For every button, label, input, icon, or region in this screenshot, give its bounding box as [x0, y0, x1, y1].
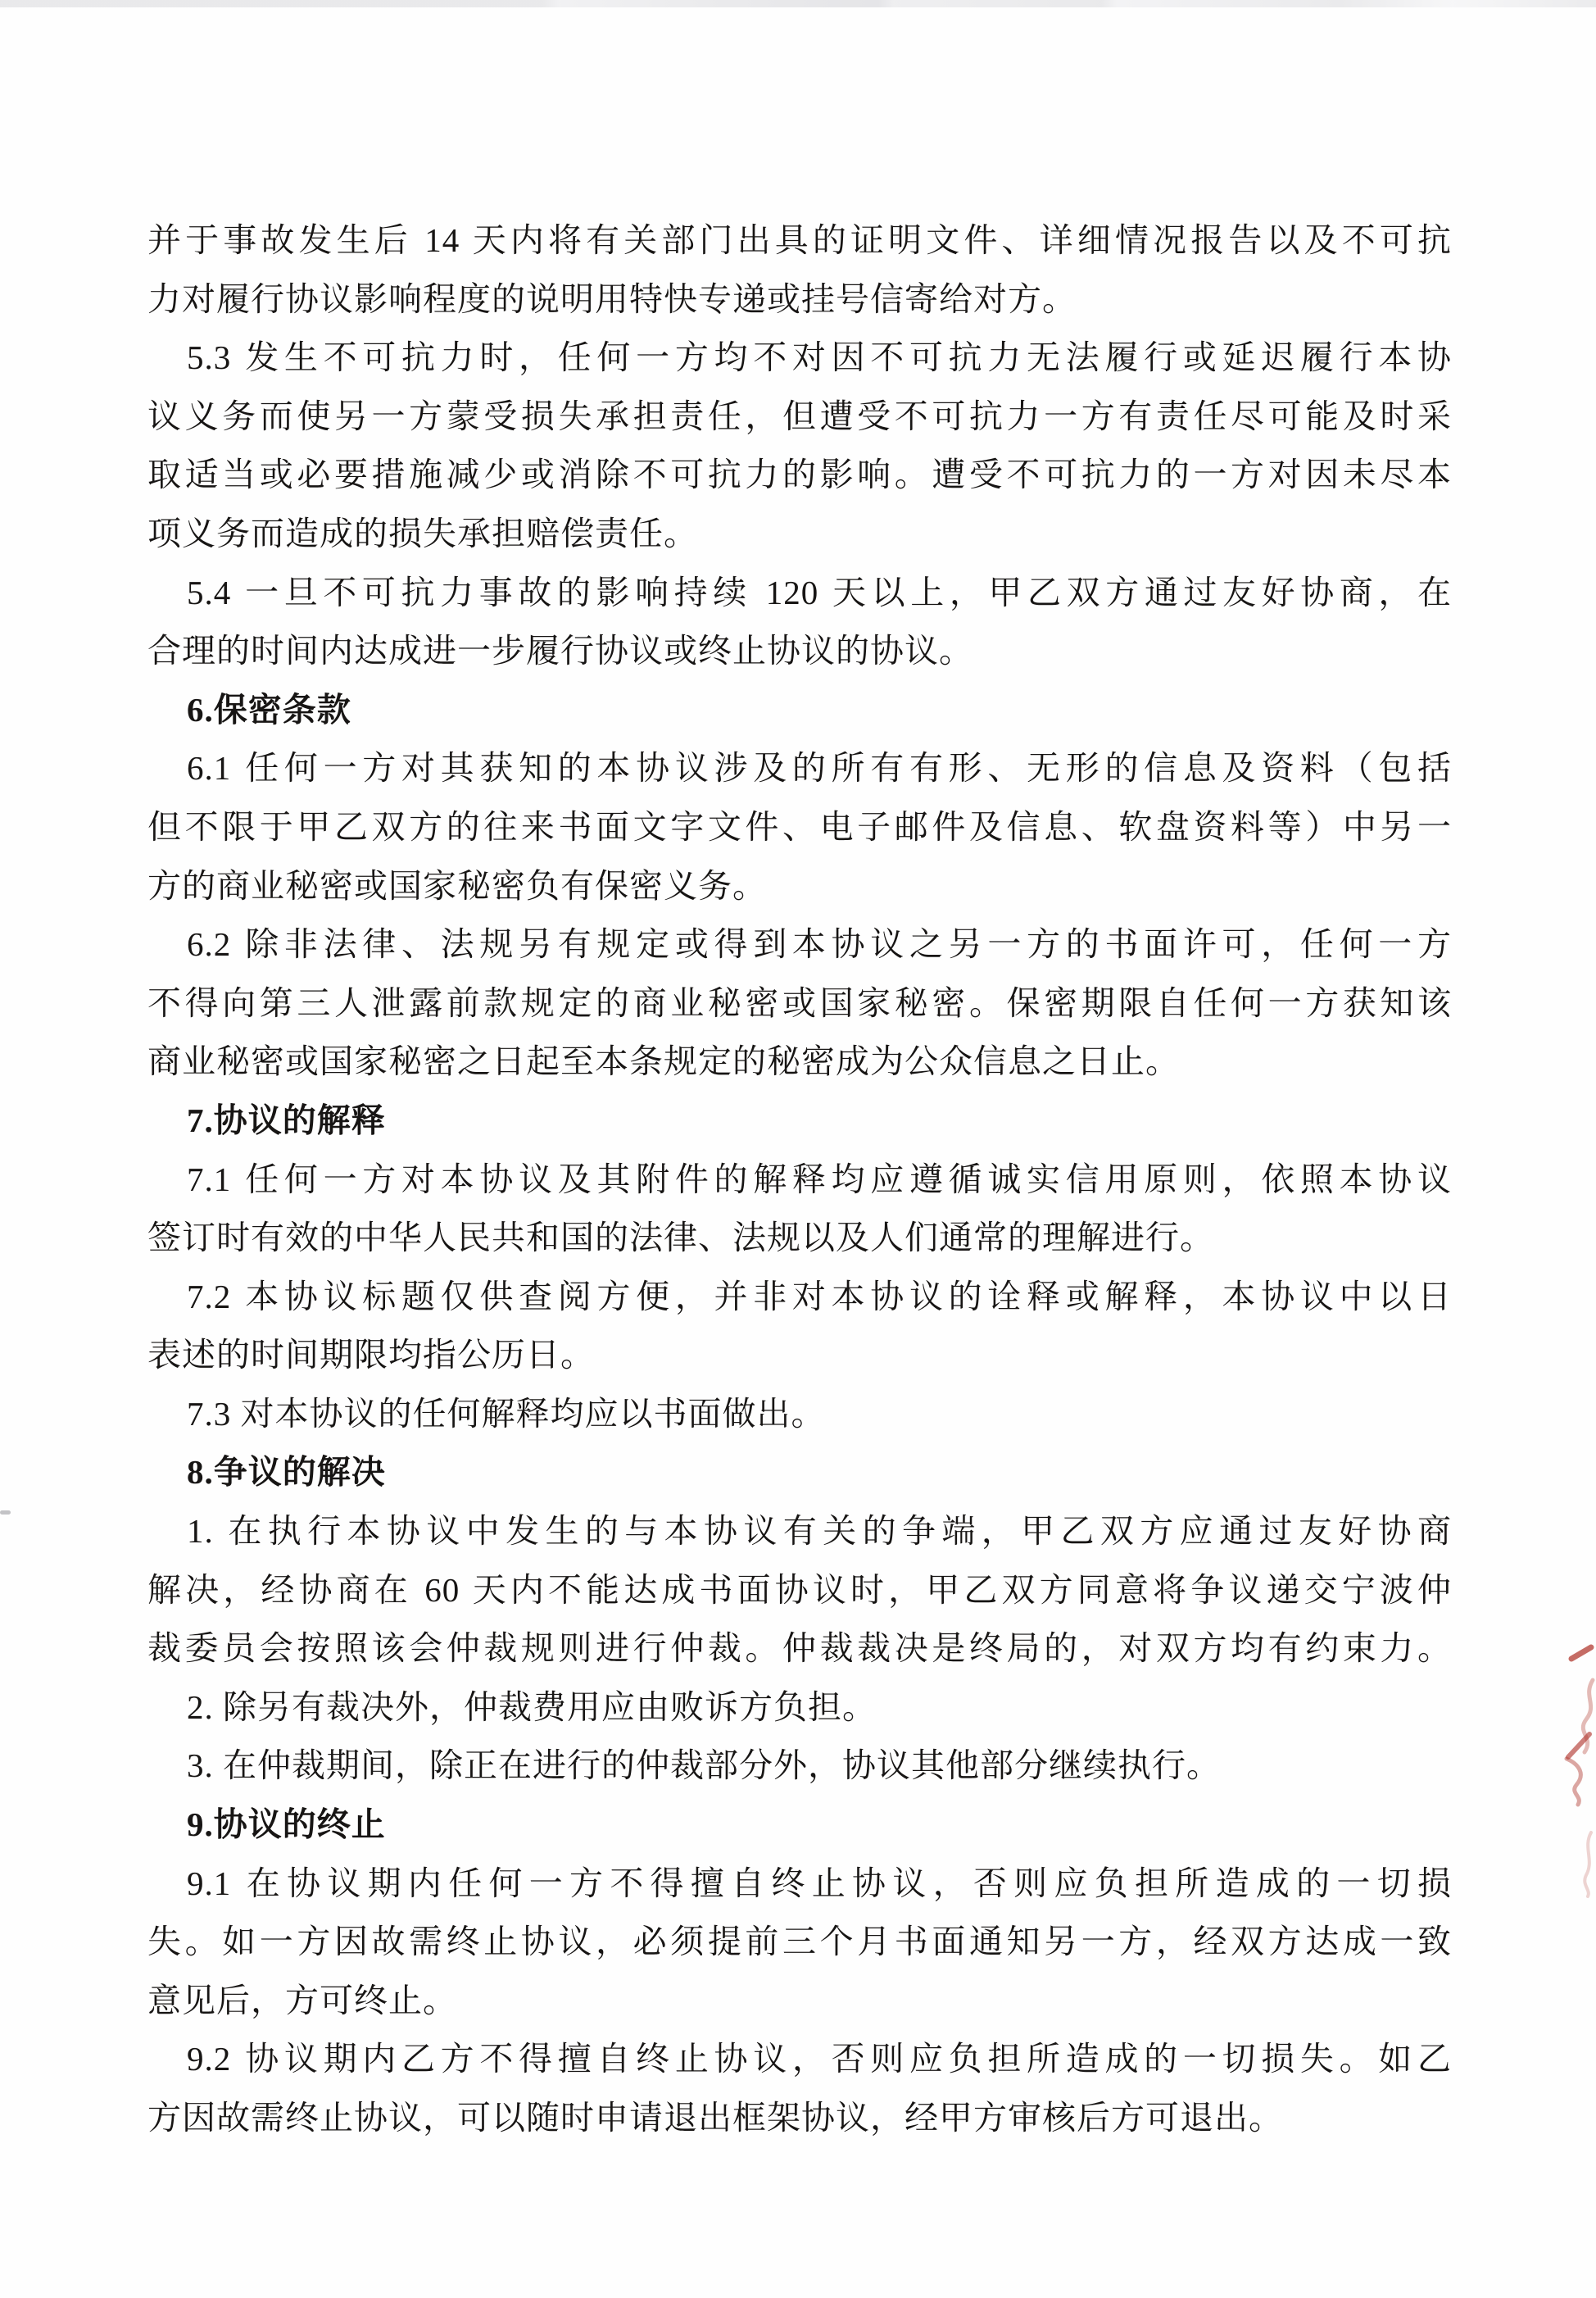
- document-line: 不得向第三人泄露前款规定的商业秘密或国家秘密。保密期限自任何一方获知该: [147, 974, 1452, 1033]
- document-line: 方因故需终止协议，可以随时申请退出框架协议，经甲方审核后方可退出。: [147, 2089, 1452, 2148]
- section-heading: 7.协议的解释: [147, 1092, 1452, 1151]
- document-line: 失。如一方因故需终止协议，必须提前三个月书面通知另一方，经双方达成一致: [147, 1913, 1452, 1972]
- document-line: 6.1 任何一方对其获知的本协议涉及的所有有形、无形的信息及资料（包括: [147, 739, 1452, 798]
- document-line: 5.3 发生不可抗力时，任何一方均不对因不可抗力无法履行或延迟履行本协: [147, 329, 1452, 388]
- document-line: 5.4 一旦不可抗力事故的影响持续 120 天以上，甲乙双方通过友好协商，在: [147, 564, 1452, 623]
- document-line: 表述的时间期限均指公历日。: [147, 1326, 1452, 1385]
- document-line: 签订时有效的中华人民共和国的法律、法规以及人们通常的理解进行。: [147, 1209, 1452, 1268]
- document-line: 议义务而使另一方蒙受损失承担责任，但遭受不可抗力一方有责任尽可能及时采: [147, 388, 1452, 447]
- scan-speck: [0, 1510, 11, 1515]
- red-ink-annotation: [1558, 1629, 1596, 1900]
- section-heading: 8.争议的解决: [147, 1443, 1452, 1502]
- document-line: 7.3 对本协议的任何解释均应以书面做出。: [147, 1385, 1452, 1444]
- section-heading: 9.协议的终止: [147, 1796, 1452, 1855]
- document-line: 方的商业秘密或国家秘密负有保密义务。: [147, 857, 1452, 916]
- document-line: 3. 在仲裁期间，除正在进行的仲裁部分外，协议其他部分继续执行。: [147, 1737, 1452, 1796]
- scanner-edge-artifact: [0, 0, 1596, 7]
- document-line: 6.2 除非法律、法规另有规定或得到本协议之另一方的书面许可，任何一方: [147, 915, 1452, 974]
- document-line: 合理的时间内达成进一步履行协议或终止协议的协议。: [147, 622, 1452, 681]
- document-line: 2. 除另有裁决外，仲裁费用应由败诉方负担。: [147, 1678, 1452, 1737]
- document-body: 并于事故发生后 14 天内将有关部门出具的证明文件、详细情况报告以及不可抗力对履…: [147, 211, 1452, 2148]
- section-heading: 6.保密条款: [147, 681, 1452, 740]
- document-line: 取适当或必要措施减少或消除不可抗力的影响。遭受不可抗力的一方对因未尽本: [147, 446, 1452, 505]
- document-line: 解决，经协商在 60 天内不能达成书面协议时，甲乙双方同意将争议递交宁波仲: [147, 1561, 1452, 1620]
- scanned-contract-page: 并于事故发生后 14 天内将有关部门出具的证明文件、详细情况报告以及不可抗力对履…: [0, 0, 1596, 2298]
- document-line: 商业秘密或国家秘密之日起至本条规定的秘密成为公众信息之日止。: [147, 1033, 1452, 1092]
- document-line: 项义务而造成的损失承担赔偿责任。: [147, 505, 1452, 564]
- document-line: 并于事故发生后 14 天内将有关部门出具的证明文件、详细情况报告以及不可抗: [147, 211, 1452, 270]
- document-line: 9.1 在协议期内任何一方不得擅自终止协议，否则应负担所造成的一切损: [147, 1855, 1452, 1914]
- document-line: 但不限于甲乙双方的往来书面文字文件、电子邮件及信息、软盘资料等）中另一: [147, 798, 1452, 857]
- document-line: 7.1 任何一方对本协议及其附件的解释均应遵循诚实信用原则，依照本协议: [147, 1151, 1452, 1210]
- document-line: 力对履行协议影响程度的说明用特快专递或挂号信寄给对方。: [147, 270, 1452, 329]
- document-line: 意见后，方可终止。: [147, 1972, 1452, 2031]
- document-line: 9.2 协议期内乙方不得擅自终止协议，否则应负担所造成的一切损失。如乙: [147, 2030, 1452, 2089]
- document-line: 裁委员会按照该会仲裁规则进行仲裁。仲裁裁决是终局的，对双方均有约束力。: [147, 1619, 1452, 1678]
- document-line: 7.2 本协议标题仅供查阅方便，并非对本协议的诠释或解释，本协议中以日: [147, 1268, 1452, 1327]
- document-line: 1. 在执行本协议中发生的与本协议有关的争端，甲乙双方应通过友好协商: [147, 1502, 1452, 1561]
